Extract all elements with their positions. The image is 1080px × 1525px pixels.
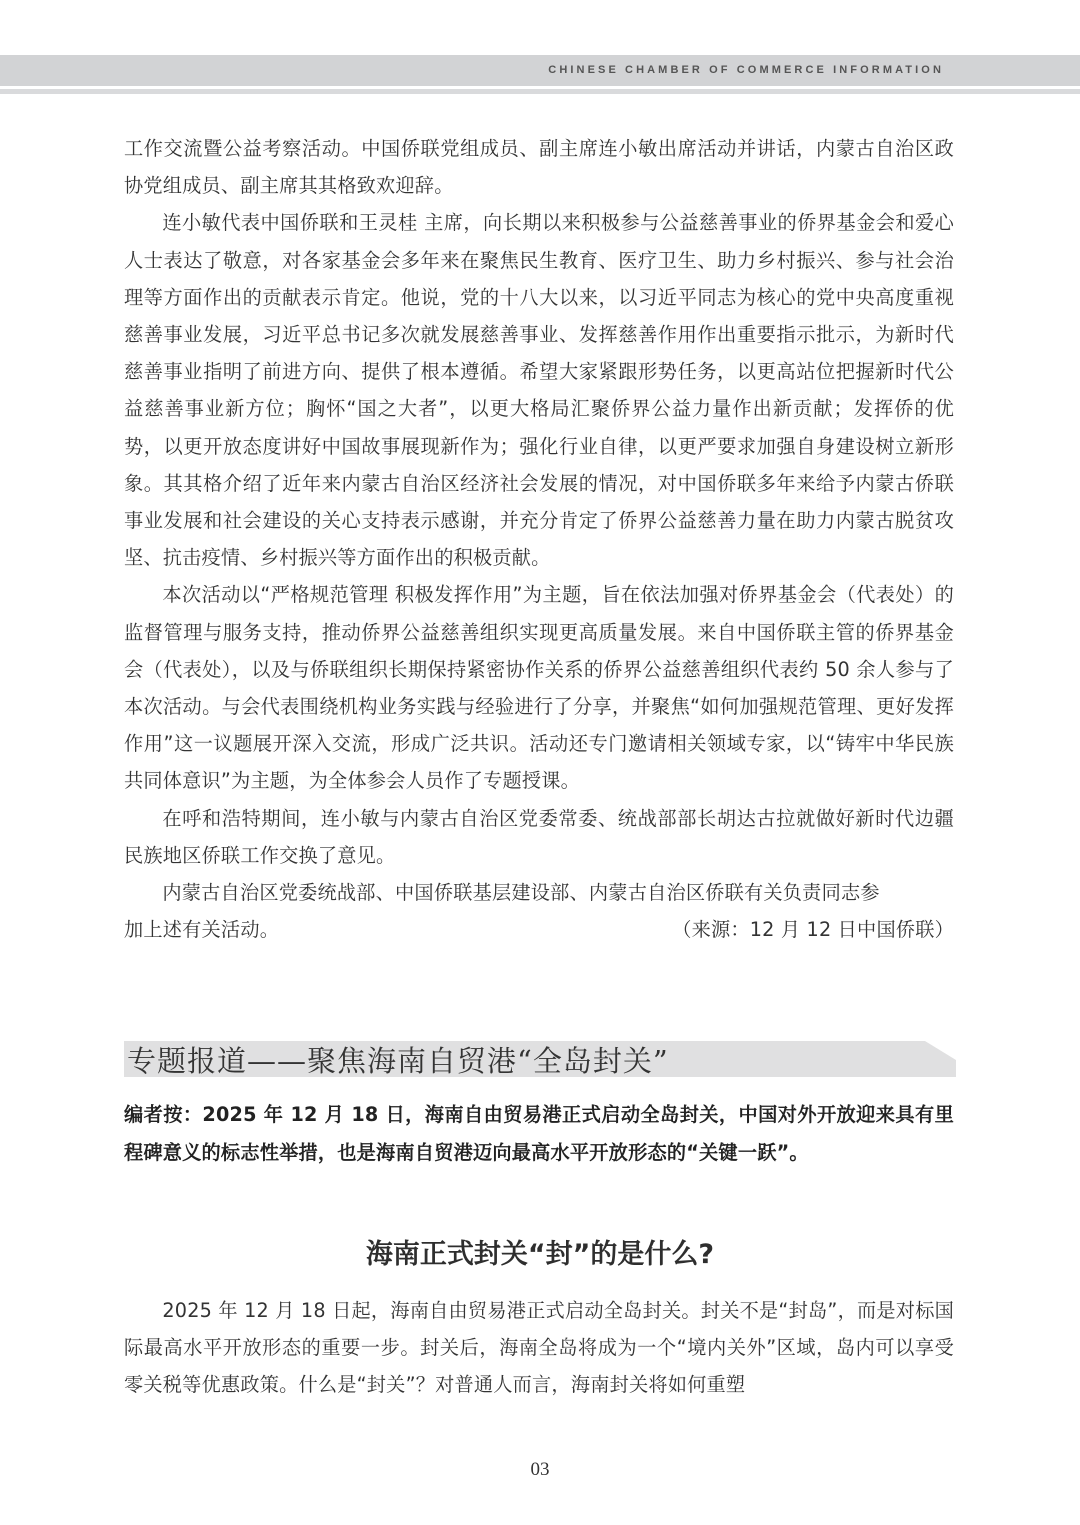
article-body: 2025 年 12 月 18 日起，海南自由贸易港正式启动全岛封关。封关不是“封…	[124, 1292, 954, 1404]
running-header-band: CHINESE CHAMBER OF COMMERCE INFORMATION	[0, 55, 1080, 86]
header-divider	[0, 89, 1080, 94]
paragraph: 工作交流暨公益考察活动。中国侨联党组成员、副主席连小敏出席活动并讲话，内蒙古自治…	[124, 130, 954, 204]
closing-line: 加上述有关活动。 （来源：12 月 12 日中国侨联）	[124, 911, 954, 948]
paragraph: 在呼和浩特期间，连小敏与内蒙古自治区党委常委、统战部部长胡达古拉就做好新时代边疆…	[124, 800, 954, 874]
page-number: 03	[0, 1459, 1080, 1481]
editor-note: 编者按：2025 年 12 月 18 日，海南自由贸易港正式启动全岛封关，中国对…	[124, 1096, 954, 1172]
paragraph: 连小敏代表中国侨联和王灵桂 主席，向长期以来积极参与公益慈善事业的侨界基金会和爱…	[124, 204, 954, 576]
paragraph: 内蒙古自治区党委统战部、中国侨联基层建设部、内蒙古自治区侨联有关负责同志参	[124, 874, 954, 911]
source-citation: （来源：12 月 12 日中国侨联）	[672, 911, 954, 948]
article-title: 海南正式封关“封”的是什么?	[0, 1232, 1080, 1271]
section-title-bar: 专题报道——聚焦海南自贸港“全岛封关”	[124, 1041, 956, 1077]
section-title: 专题报道——聚焦海南自贸港“全岛封关”	[127, 1039, 669, 1080]
article-body-continued: 工作交流暨公益考察活动。中国侨联党组成员、副主席连小敏出席活动并讲话，内蒙古自治…	[124, 130, 954, 948]
editor-note-text: 编者按：2025 年 12 月 18 日，海南自由贸易港正式启动全岛封关，中国对…	[124, 1096, 954, 1172]
paragraph-end: 加上述有关活动。	[124, 911, 279, 948]
paragraph: 2025 年 12 月 18 日起，海南自由贸易港正式启动全岛封关。封关不是“封…	[124, 1292, 954, 1404]
paragraph: 本次活动以“严格规范管理 积极发挥作用”为主题，旨在依法加强对侨界基金会（代表处…	[124, 576, 954, 799]
running-header-title: CHINESE CHAMBER OF COMMERCE INFORMATION	[548, 64, 944, 76]
